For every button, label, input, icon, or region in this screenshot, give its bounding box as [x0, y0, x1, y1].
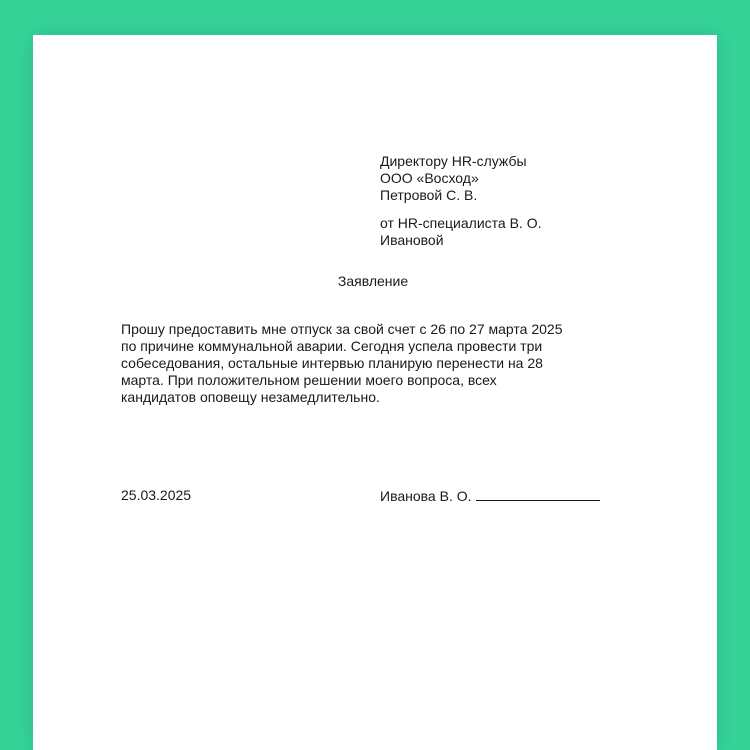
document-page: Директору HR-службы ООО «Восход» Петрово…	[33, 35, 717, 750]
signature-block: Иванова В. О.	[380, 487, 600, 505]
signature-name: Иванова В. О.	[380, 488, 472, 504]
body-line: марта. При положительном решении моего в…	[121, 372, 621, 389]
signature-line	[476, 487, 600, 501]
document-title: Заявление	[33, 273, 713, 290]
addressee-block: Директору HR-службы ООО «Восход» Петрово…	[380, 153, 527, 204]
document-date: 25.03.2025	[121, 487, 191, 504]
body-line: кандидатов оповещу незамедлительно.	[121, 389, 621, 406]
body-text: Прошу предоставить мне отпуск за свой сч…	[121, 321, 621, 406]
sender-line: Ивановой	[380, 232, 541, 249]
sender-line: от HR-специалиста В. О.	[380, 215, 541, 232]
addressee-line: ООО «Восход»	[380, 170, 527, 187]
sender-block: от HR-специалиста В. О. Ивановой	[380, 215, 541, 249]
addressee-line: Директору HR-службы	[380, 153, 527, 170]
addressee-line: Петровой С. В.	[380, 187, 527, 204]
body-line: Прошу предоставить мне отпуск за свой сч…	[121, 321, 621, 338]
body-line: по причине коммунальной аварии. Сегодня …	[121, 338, 621, 355]
body-line: собеседования, остальные интервью планир…	[121, 355, 621, 372]
